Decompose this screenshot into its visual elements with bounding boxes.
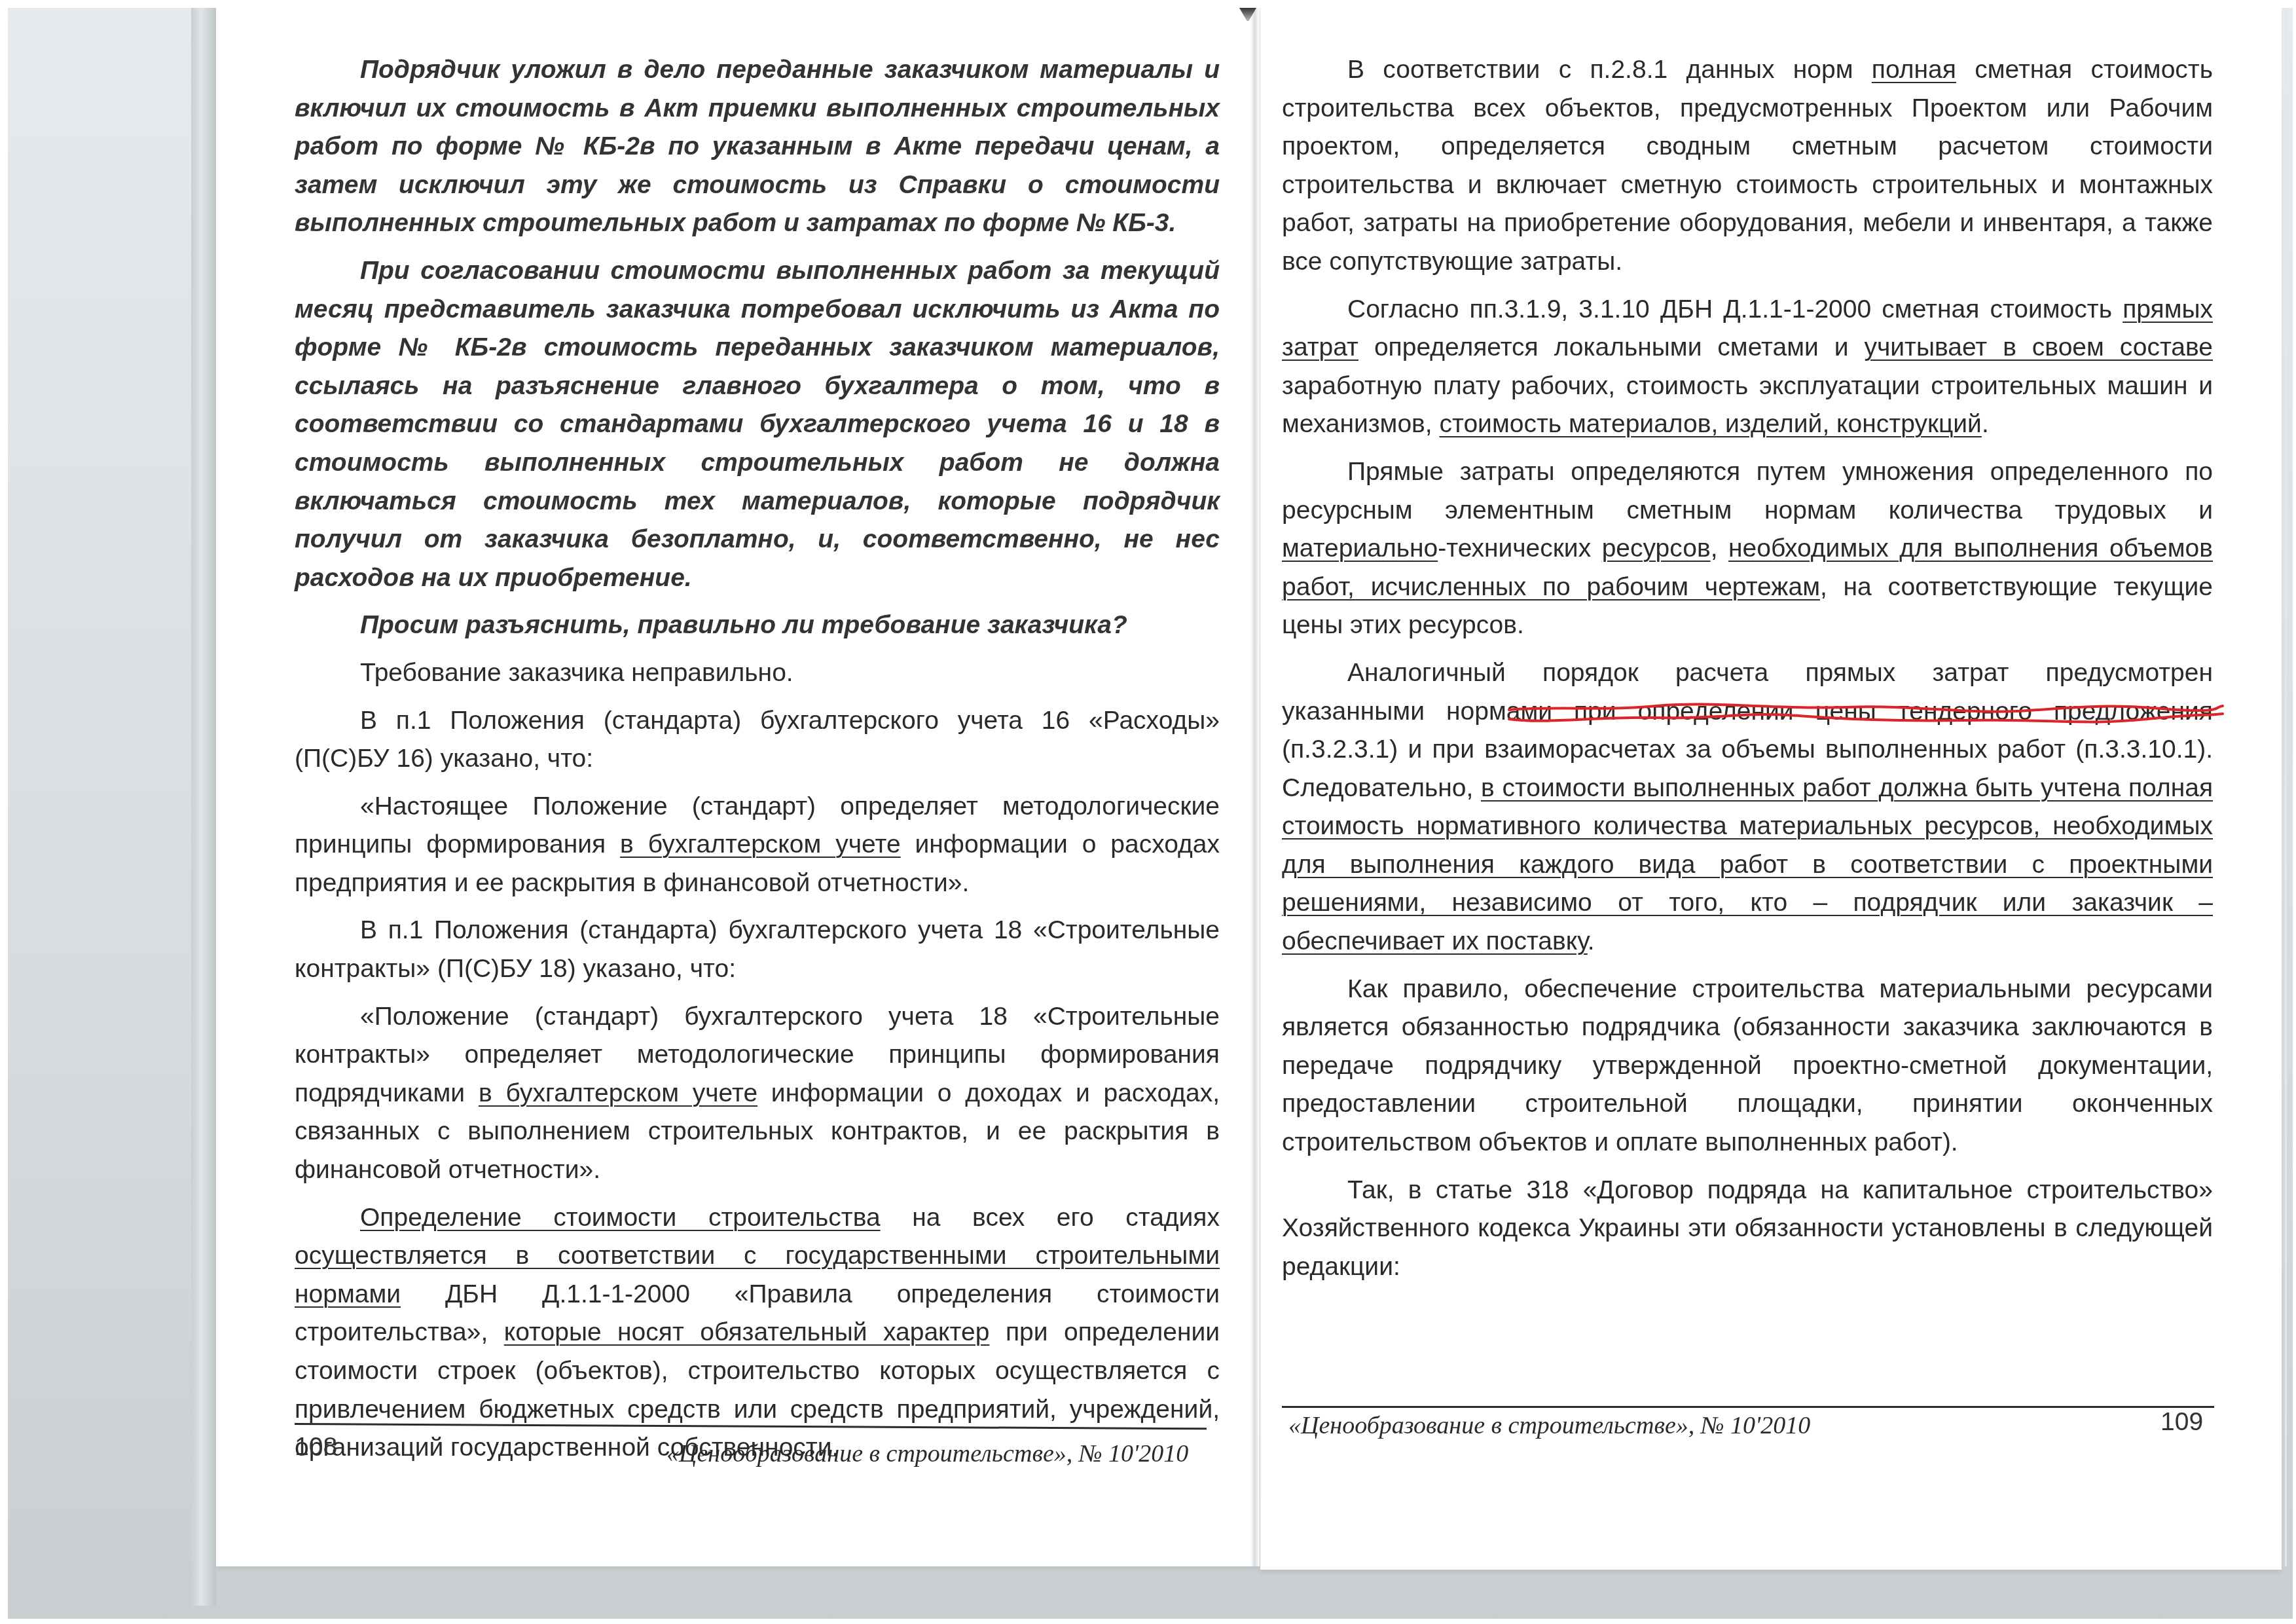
underlined-phrase: материально xyxy=(1282,534,1438,563)
underlined-phrase: ресурсов xyxy=(1602,534,1711,563)
paragraph: При согласовании стоимости выполненных р… xyxy=(295,252,1220,597)
page-number-right: 109 xyxy=(2160,1408,2203,1437)
left-page-body: Подрядчик уложил в дело переданные заказ… xyxy=(295,51,1220,1477)
text-run: . xyxy=(1588,927,1595,955)
text-run: Согласно пп.3.1.9, 3.1.10 ДБН Д.1.1-1-20… xyxy=(1347,295,2123,323)
underlined-phrase: стоимость материалов, изделий, конструкц… xyxy=(1440,410,1982,438)
book-spine xyxy=(1250,8,1260,1566)
text-run: . xyxy=(1982,410,1989,438)
text-run: Просим разъяснить, правильно ли требован… xyxy=(360,611,1127,639)
text-run: В п.1 Положения (стандарта) бухгалтерско… xyxy=(295,916,1220,983)
page-edge-right xyxy=(2285,8,2287,1566)
text-run: Прямые затраты определяются путем умноже… xyxy=(1282,458,2213,525)
underlined-phrase: Определение стоимости строительства xyxy=(360,1204,881,1232)
text-run: В соответствии с п.2.8.1 данных норм xyxy=(1347,56,1872,84)
text-run: В п.1 Положения (стандарта) бухгалтерско… xyxy=(295,707,1220,773)
paragraph: Просим разъяснить, правильно ли требован… xyxy=(295,606,1220,645)
marked-phrase: при определении цены тендерного предложе… xyxy=(1574,697,2213,726)
text-run: определяется локальными сметами и xyxy=(1358,333,1865,361)
right-page-body: В соответствии с п.2.8.1 данных норм пол… xyxy=(1282,51,2213,1295)
paragraph: Согласно пп.3.1.9, 3.1.10 ДБН Д.1.1-1-20… xyxy=(1282,291,2213,444)
text-run: При согласовании стоимости выполненных р… xyxy=(295,257,1220,592)
paragraph: Прямые затраты определяются путем умноже… xyxy=(1282,453,2213,645)
paragraph: Как правило, обеспечение строительства м… xyxy=(1282,970,2213,1162)
text-run: Требование заказчика неправильно. xyxy=(360,659,793,687)
paragraph: Так, в статье 318 «Договор подряда на ка… xyxy=(1282,1172,2213,1287)
text-run: на всех его стадиях xyxy=(881,1204,1220,1232)
book-cover-edge xyxy=(191,8,216,1606)
paragraph: Аналогичный порядок расчета прямых затра… xyxy=(1282,654,2213,961)
paragraph: Подрядчик уложил в дело переданные заказ… xyxy=(295,51,1220,243)
running-footer-right: «Ценообразование в строительстве», № 10'… xyxy=(1288,1411,1810,1440)
text-run: , xyxy=(1711,534,1728,563)
underlined-phrase: в бухгалтерском учете xyxy=(479,1079,757,1107)
text-run: сметная стоимость строительства всех объ… xyxy=(1282,56,2213,276)
paragraph: В п.1 Положения (стандарта) бухгалтерско… xyxy=(295,912,1220,988)
paragraph: «Положение (стандарт) бухгалтерского уче… xyxy=(295,998,1220,1190)
text-run: Подрядчик уложил в дело переданные заказ… xyxy=(295,56,1220,237)
paragraph: «Настоящее Положение (стандарт) определя… xyxy=(295,788,1220,903)
paragraph: В п.1 Положения (стандарта) бухгалтерско… xyxy=(295,702,1220,779)
text-run: Как правило, обеспечение строительства м… xyxy=(1282,975,2213,1156)
underlined-phrase: полная xyxy=(1872,56,1956,84)
paragraph: Требование заказчика неправильно. xyxy=(295,654,1220,693)
underlined-phrase: в бухгалтерском учете xyxy=(620,830,901,858)
text-run: -технических xyxy=(1438,534,1601,563)
text-run: Так, в статье 318 «Договор подряда на ка… xyxy=(1282,1176,2213,1281)
running-footer-left: «Ценообразование в строительстве», № 10'… xyxy=(666,1439,1188,1468)
underlined-phrase: которые носят обязательный характер xyxy=(504,1318,990,1346)
underlined-phrase: учитывает в своем составе xyxy=(1865,333,2214,361)
paragraph: В соответствии с п.2.8.1 данных норм пол… xyxy=(1282,51,2213,282)
page-number-left: 108 xyxy=(295,1433,337,1462)
footer-rule-right xyxy=(1282,1406,2214,1408)
